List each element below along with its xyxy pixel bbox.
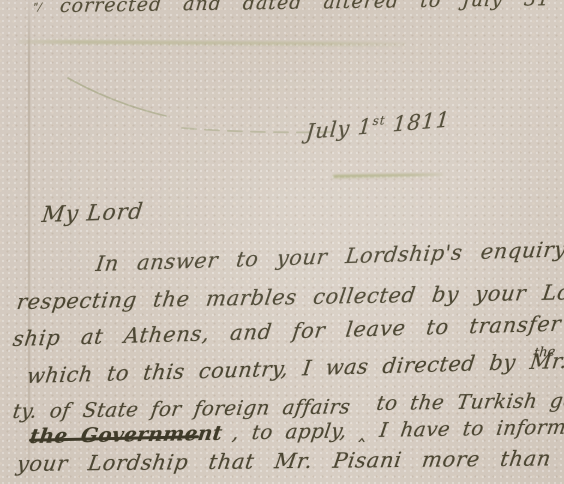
salutation: My Lord	[40, 199, 144, 228]
date-day: July 1	[305, 114, 373, 144]
body-line-1: In answer to your Lordship's enquiry	[94, 237, 564, 276]
date-year: 1811	[392, 107, 451, 136]
docket-ordinal: st	[550, 0, 563, 1]
docket-text: corrected and dated altered to July 31	[59, 0, 551, 17]
body-line-6-rest: , to apply, ‸ I have to inform	[231, 415, 564, 445]
letter-page: ʺ⁄ corrected and dated altered to July 3…	[0, 0, 564, 484]
interlinear-insertion-the: the	[533, 344, 556, 361]
green-smudge-under-docket	[18, 40, 406, 47]
docket-mark: ʺ⁄	[33, 1, 42, 15]
body-line-3: ship at Athens, and for leave to transfe…	[11, 312, 563, 351]
body-line-4: which to this country, I was directed by…	[25, 349, 564, 388]
green-underline-under-date	[333, 173, 443, 178]
body-line-7: your Lordship that Mr. Pisani more than	[15, 446, 553, 476]
date-line: July 1st 1811	[305, 107, 451, 144]
body-line-2: respecting the marbles collected by your…	[15, 280, 564, 314]
docket-note: corrected and dated altered to July 31st	[59, 0, 563, 17]
date-ordinal: st	[372, 113, 386, 128]
body-line-5-insertion: to the Turkish governm—	[375, 387, 564, 415]
